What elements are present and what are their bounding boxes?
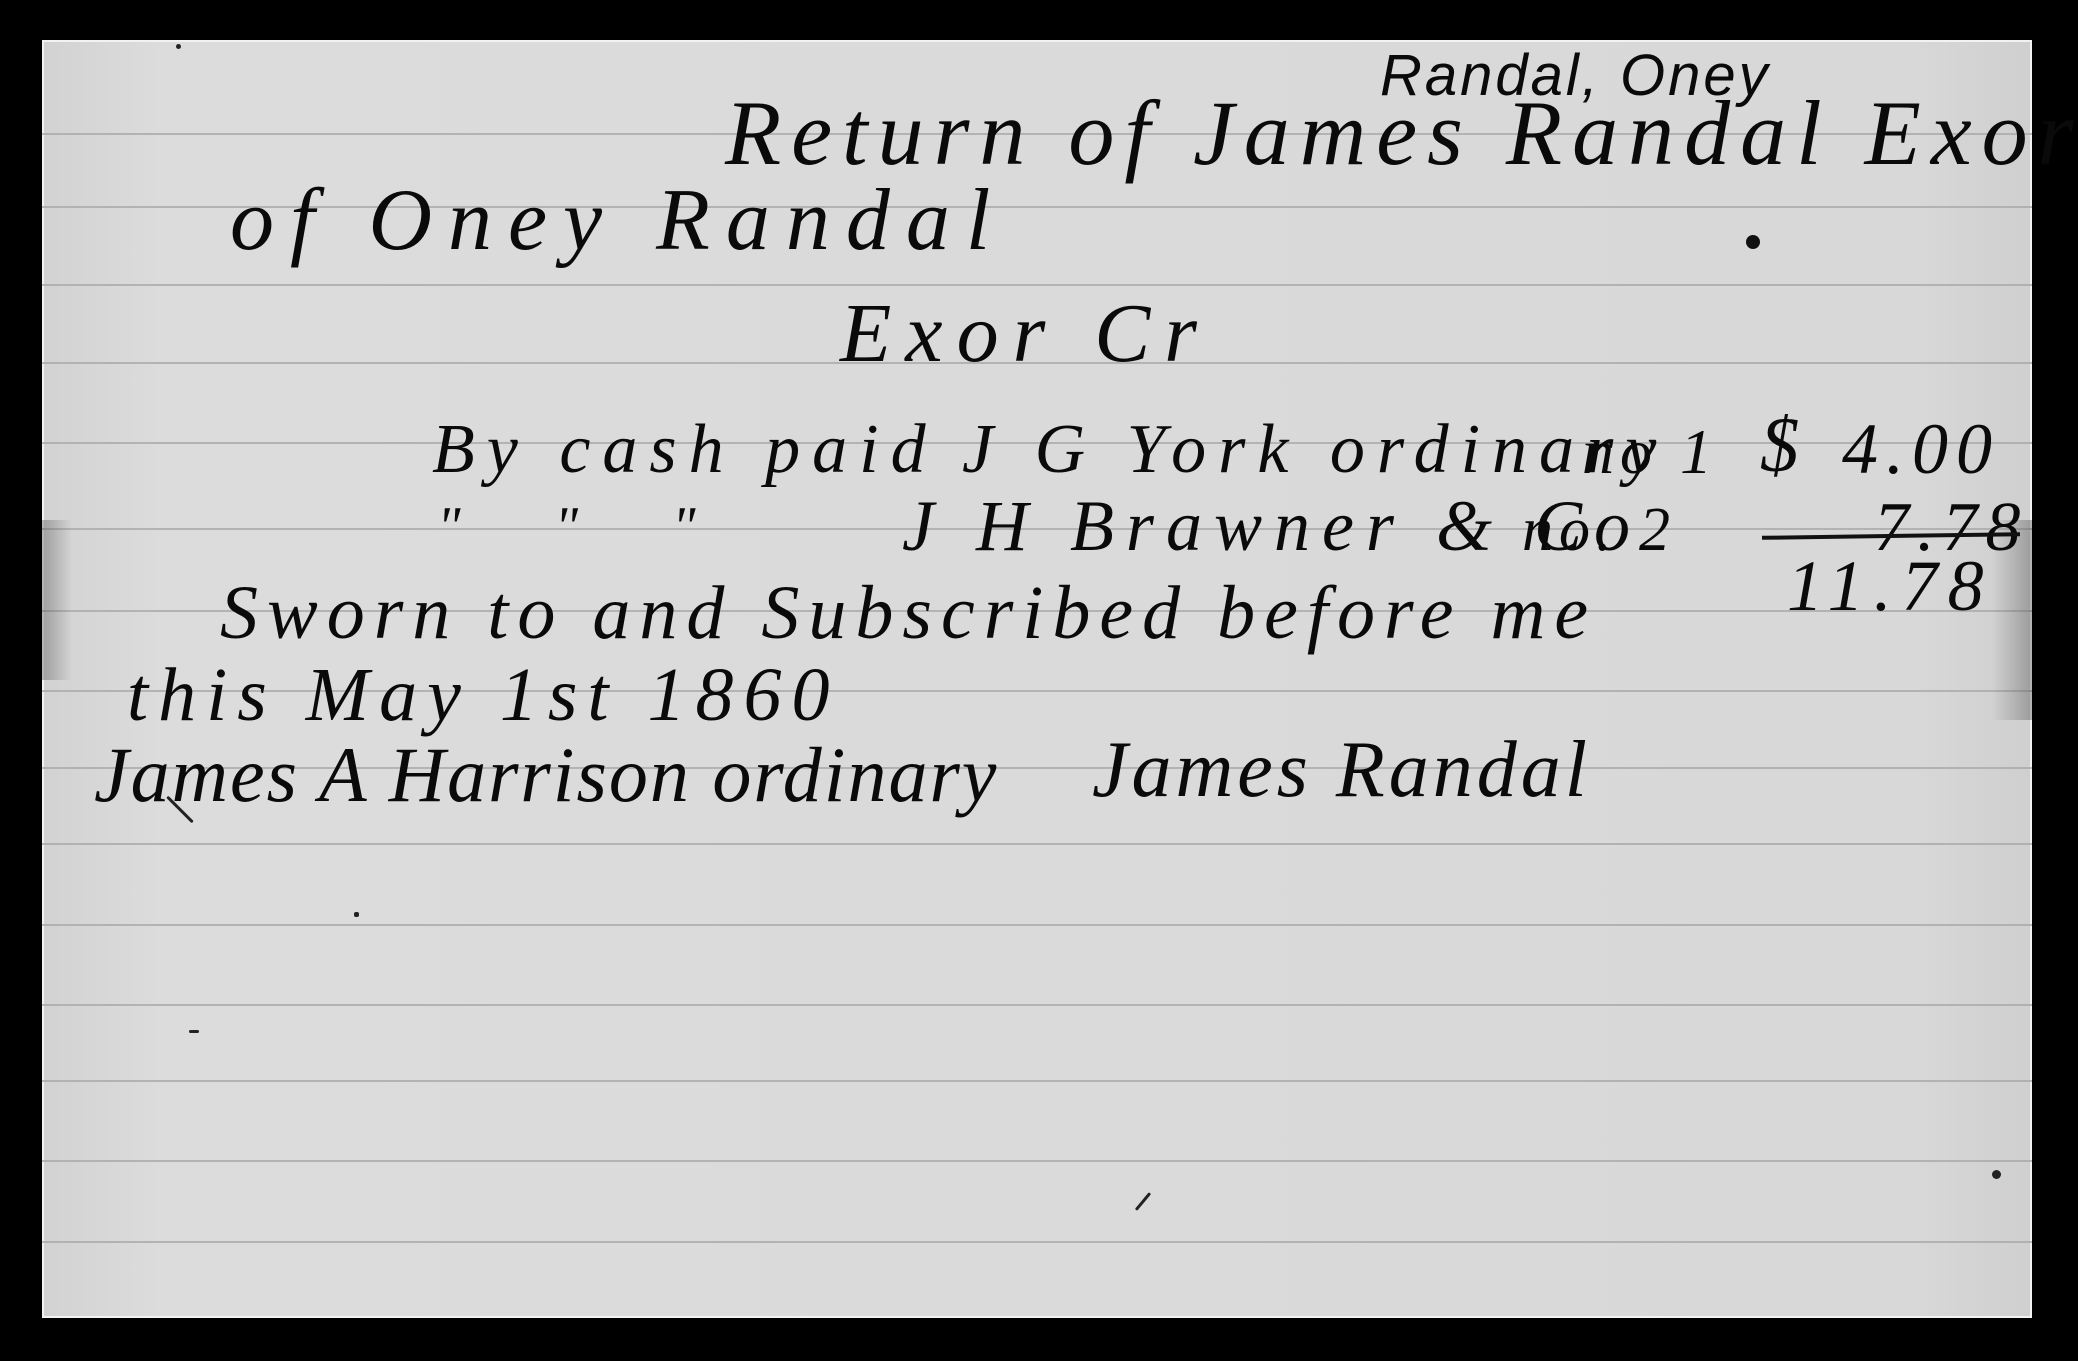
ruled-line — [42, 1160, 2032, 1162]
date-line: this May 1st 1860 — [127, 652, 840, 739]
entry-1-number: no 1 — [1582, 415, 1718, 489]
heading-line-2: of Oney Randal — [230, 170, 1006, 271]
ink-mark — [189, 1030, 199, 1033]
entry-1-amount: 4.00 — [1842, 408, 2000, 491]
ink-mark — [1992, 1170, 2001, 1179]
total-amount: 11.78 — [1787, 545, 1994, 628]
oath-line: Sworn to and Subscribed before me — [220, 570, 1597, 657]
ink-mark — [1135, 1192, 1151, 1211]
ruled-line — [42, 1080, 2032, 1082]
scan-shadow — [42, 520, 72, 680]
ruled-line — [42, 1241, 2032, 1243]
ink-mark — [354, 912, 359, 917]
entry-1-currency: $ — [1760, 400, 1805, 490]
executor-signature: James Randal — [1092, 725, 1591, 816]
entry-1-payee: J G York ordinary — [962, 410, 1668, 490]
ruled-line — [42, 1004, 2032, 1006]
document-paper: Randal, Oney Return of James Randal Exor… — [42, 40, 2032, 1318]
ruled-line — [42, 924, 2032, 926]
account-header: Exor Cr — [840, 285, 1211, 382]
official-signature: James A Harrison ordinary — [94, 730, 998, 820]
entry-2-ditto-marks: " " " — [437, 495, 736, 559]
ink-dot — [1746, 235, 1760, 249]
entry-1-prefix: By cash paid — [432, 410, 938, 490]
ink-mark — [176, 44, 181, 49]
ruled-line — [42, 843, 2032, 845]
entry-2-number: no. 2 — [1522, 495, 1676, 566]
